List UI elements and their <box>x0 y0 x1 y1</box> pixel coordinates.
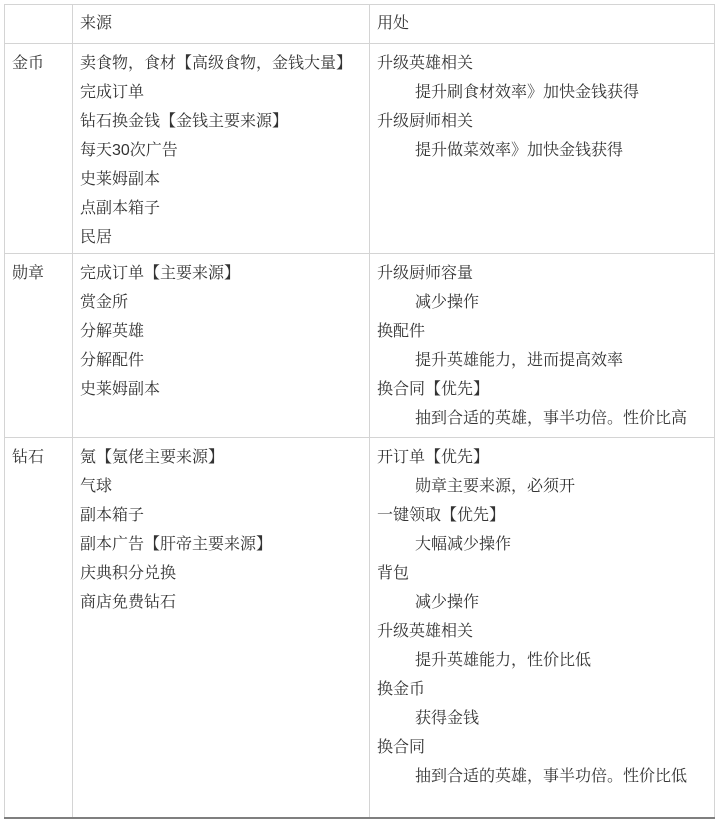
uses-cell: 开订单【优先】勋章主要来源，必须开一键领取【优先】大幅减少操作背包减少操作升级英… <box>370 438 715 818</box>
sources-cell: 完成订单【主要来源】赏金所分解英雄分解配件史莱姆副本 <box>73 254 370 438</box>
currency-name: 金币 <box>12 49 65 78</box>
header-row: 来源 用处 <box>5 5 715 44</box>
cell-line: 分解配件 <box>80 346 362 375</box>
cell-line: 每天30次广告 <box>80 136 362 165</box>
currency-name: 钻石 <box>12 443 65 472</box>
cell-line: 升级厨师容量 <box>377 259 707 288</box>
cell-line: 史莱姆副本 <box>80 165 362 194</box>
header-cell-empty <box>5 5 73 44</box>
uses-cell: 升级厨师容量减少操作换配件提升英雄能力，进而提高效率换合同【优先】抽到合适的英雄… <box>370 254 715 438</box>
cell-line: 完成订单 <box>80 78 362 107</box>
cell-line: 副本箱子 <box>80 501 362 530</box>
cell-line: 换合同 <box>377 733 707 762</box>
cell-line: 钻石换金钱【金钱主要来源】 <box>80 107 362 136</box>
currency-name-cell: 金币 <box>5 44 73 254</box>
header-cell-usage: 用处 <box>370 5 715 44</box>
cell-line: 减少操作 <box>377 288 707 317</box>
cell-line: 大幅减少操作 <box>377 530 707 559</box>
cell-line: 抽到合适的英雄，事半功倍。性价比高 <box>377 404 707 433</box>
currency-guide-table: 来源 用处 金币 卖食物，食材【高级食物，金钱大量】完成订单钻石换金钱【金钱主要… <box>4 4 715 819</box>
cell-line: 赏金所 <box>80 288 362 317</box>
page: 来源 用处 金币 卖食物，食材【高级食物，金钱大量】完成订单钻石换金钱【金钱主要… <box>0 0 720 825</box>
cell-line: 气球 <box>80 472 362 501</box>
cell-line: 一键领取【优先】 <box>377 501 707 530</box>
cell-line: 提升英雄能力，性价比低 <box>377 646 707 675</box>
cell-line: 获得金钱 <box>377 704 707 733</box>
cell-line: 副本广告【肝帝主要来源】 <box>80 530 362 559</box>
sources-cell: 氪【氪佬主要来源】气球副本箱子副本广告【肝帝主要来源】庆典积分兑换商店免费钻石 <box>73 438 370 818</box>
currency-name-cell: 钻石 <box>5 438 73 818</box>
currency-name-cell: 勋章 <box>5 254 73 438</box>
cell-line: 开订单【优先】 <box>377 443 707 472</box>
cell-line: 点副本箱子 <box>80 194 362 223</box>
cell-line: 氪【氪佬主要来源】 <box>80 443 362 472</box>
cell-line: 换配件 <box>377 317 707 346</box>
table-row-gold: 金币 卖食物，食材【高级食物，金钱大量】完成订单钻石换金钱【金钱主要来源】每天3… <box>5 44 715 254</box>
cell-line: 提升英雄能力，进而提高效率 <box>377 346 707 375</box>
cell-line: 换合同【优先】 <box>377 375 707 404</box>
cell-line: 换金币 <box>377 675 707 704</box>
table-row-medal: 勋章 完成订单【主要来源】赏金所分解英雄分解配件史莱姆副本 升级厨师容量减少操作… <box>5 254 715 438</box>
cell-line: 卖食物，食材【高级食物，金钱大量】 <box>80 49 362 78</box>
cell-line: 背包 <box>377 559 707 588</box>
cell-line: 抽到合适的英雄，事半功倍。性价比低 <box>377 762 707 791</box>
header-cell-source: 来源 <box>73 5 370 44</box>
currency-name: 勋章 <box>12 259 65 288</box>
cell-line: 减少操作 <box>377 588 707 617</box>
cell-line: 分解英雄 <box>80 317 362 346</box>
cell-line: 提升做菜效率》加快金钱获得 <box>377 136 707 165</box>
cell-line: 庆典积分兑换 <box>80 559 362 588</box>
cell-line: 史莱姆副本 <box>80 375 362 404</box>
cell-line: 完成订单【主要来源】 <box>80 259 362 288</box>
cell-line: 提升刷食材效率》加快金钱获得 <box>377 78 707 107</box>
cell-line: 民居 <box>80 223 362 252</box>
table-row-diamond: 钻石 氪【氪佬主要来源】气球副本箱子副本广告【肝帝主要来源】庆典积分兑换商店免费… <box>5 438 715 818</box>
cell-line: 升级英雄相关 <box>377 617 707 646</box>
cell-line: 升级厨师相关 <box>377 107 707 136</box>
uses-cell: 升级英雄相关提升刷食材效率》加快金钱获得升级厨师相关提升做菜效率》加快金钱获得 <box>370 44 715 254</box>
cell-line: 商店免费钻石 <box>80 588 362 617</box>
sources-cell: 卖食物，食材【高级食物，金钱大量】完成订单钻石换金钱【金钱主要来源】每天30次广… <box>73 44 370 254</box>
cell-line: 升级英雄相关 <box>377 49 707 78</box>
cell-line: 勋章主要来源，必须开 <box>377 472 707 501</box>
